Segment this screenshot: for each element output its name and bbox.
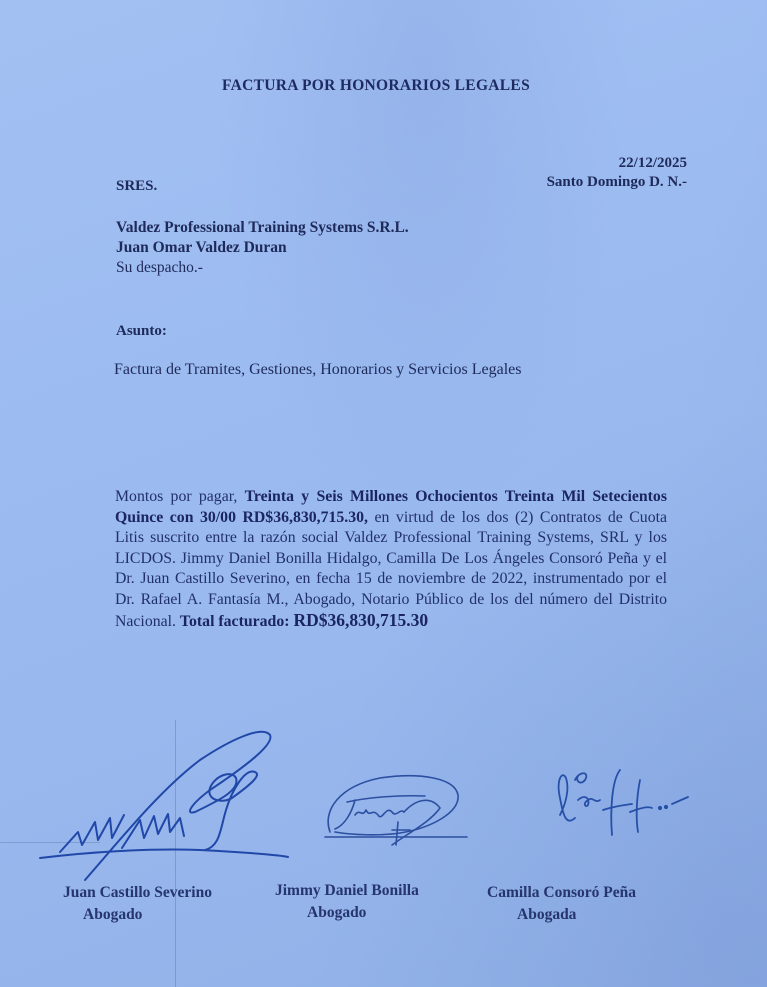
signer-role-3: Abogada bbox=[517, 906, 576, 924]
document-title: FACTURA POR HONORARIOS LEGALES bbox=[222, 77, 530, 95]
signer-role-1: Abogado bbox=[83, 906, 142, 924]
signature-jimmy-bonilla bbox=[325, 776, 467, 845]
invoice-page: FACTURA POR HONORARIOS LEGALES 22/12/202… bbox=[0, 0, 767, 987]
recipient-company: Valdez Professional Training Systems S.R… bbox=[116, 219, 409, 237]
signer-name-3: Camilla Consoró Peña bbox=[487, 884, 636, 902]
paper-fold-line-horizontal bbox=[0, 842, 100, 843]
salutation: SRES. bbox=[116, 178, 157, 195]
document-date: 22/12/2025 bbox=[619, 155, 687, 172]
signature-juan-castillo bbox=[40, 732, 288, 880]
paper-fold-line bbox=[175, 720, 176, 987]
document-city: Santo Domingo D. N.- bbox=[547, 174, 687, 191]
body-intro: Montos por pagar, bbox=[115, 488, 245, 505]
recipient-closing: Su despacho.- bbox=[116, 259, 203, 277]
signer-role-2: Abogado bbox=[307, 904, 366, 922]
subject-label: Asunto: bbox=[116, 323, 167, 340]
signer-name-1: Juan Castillo Severino bbox=[63, 884, 212, 902]
total-label: Total facturado: bbox=[180, 613, 294, 630]
signature-camilla-consoro bbox=[559, 770, 688, 835]
signer-name-2: Jimmy Daniel Bonilla bbox=[275, 882, 419, 900]
recipient-person: Juan Omar Valdez Duran bbox=[116, 239, 287, 257]
total-amount: RD$36,830,715.30 bbox=[293, 610, 428, 630]
body-paragraph: Montos por pagar, Treinta y Seis Millone… bbox=[115, 487, 667, 633]
subject-text: Factura de Tramites, Gestiones, Honorari… bbox=[114, 361, 521, 379]
